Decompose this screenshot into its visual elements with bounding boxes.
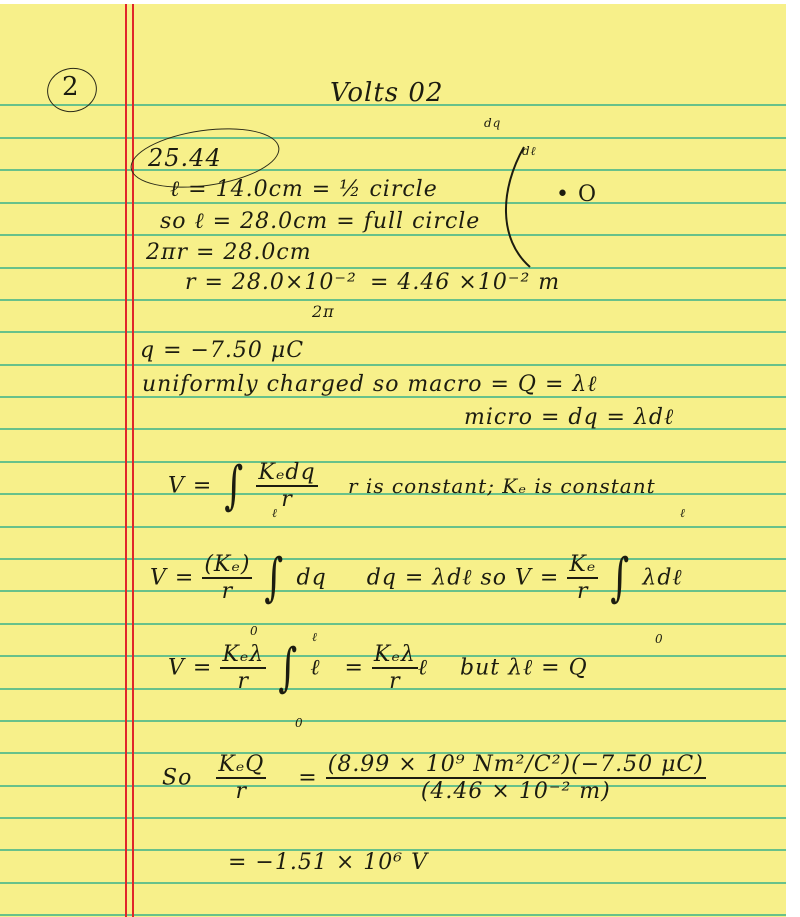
- diagram-label-dq: dq: [484, 116, 501, 130]
- eq4-rhs-frac: (8.99 × 10⁹ Nm²/C²)(−7.50 μC) (4.46 × 10…: [326, 752, 706, 805]
- rule-line: [0, 623, 786, 625]
- margin-line-right: [132, 4, 134, 917]
- equation-3: V = Kₑλ r ∫ ℓ = Kₑλ r ℓ but λℓ = Q: [168, 642, 588, 695]
- rule-line: [0, 364, 786, 366]
- equation-4: So KₑQ r = (8.99 × 10⁹ Nm²/C²)(−7.50 μC)…: [162, 752, 706, 805]
- rule-line: [0, 267, 786, 269]
- eq3-coef: Kₑλ r: [220, 642, 266, 695]
- eq3-res-num: Kₑλ: [372, 642, 418, 669]
- eq4-lhs: So: [162, 765, 192, 790]
- eq3-lhs: V =: [168, 655, 212, 680]
- charge-uniform: uniformly charged so macro = Q = λℓ: [142, 371, 597, 397]
- eq4-num: KₑQ: [216, 752, 266, 779]
- eq4-rhs-den: (4.46 × 10⁻² m): [326, 779, 706, 804]
- eq3-res-tail: ℓ: [418, 655, 428, 680]
- final-result: = −1.51 × 10⁶ V: [228, 850, 428, 875]
- eq3-eq: =: [344, 655, 363, 680]
- rule-line: [0, 331, 786, 333]
- given-line-4-lhs: r = 28.0×10⁻²: [185, 270, 357, 295]
- eq2-coef-den: r: [202, 579, 252, 604]
- given-line-1: ℓ = 14.0cm = ½ circle: [170, 176, 438, 202]
- eq2-lhs: V =: [150, 565, 194, 590]
- rule-line: [0, 234, 786, 236]
- rule-line: [0, 169, 786, 171]
- eq2-lower: 0: [250, 624, 259, 638]
- rule-line: [0, 526, 786, 528]
- rule-line: [0, 882, 786, 884]
- eq3-note: but λℓ = Q: [460, 655, 588, 680]
- eq2b-integrand: λdℓ: [642, 565, 682, 590]
- eq2b-lower: 0: [655, 632, 664, 646]
- eq4-lhs-frac: KₑQ r: [216, 752, 266, 805]
- legal-pad-page: 2 Volts 02 25.44 ℓ = 14.0cm = ½ circle s…: [0, 4, 786, 917]
- integral-sign-icon: ∫: [610, 552, 630, 604]
- given-line-4-den: 2π: [312, 302, 335, 321]
- integral-sign-icon: ∫: [265, 552, 285, 604]
- eq3-den: r: [220, 669, 266, 694]
- eq3-lower: 0: [295, 716, 304, 730]
- rule-line: [0, 202, 786, 204]
- eq3-res-den: r: [372, 669, 418, 694]
- eq1-num: Kₑdq: [256, 460, 317, 487]
- eq4-den: r: [216, 779, 266, 804]
- eq1-note: r is constant; Kₑ is constant: [348, 474, 656, 498]
- integral-sign-icon: ∫: [278, 642, 298, 694]
- eq2-coef: (Kₑ) r: [202, 552, 252, 605]
- given-line-4-rhs: = 4.46 ×10⁻² m: [370, 270, 560, 295]
- eq2-coef-num: (Kₑ): [202, 552, 252, 579]
- rule-line: [0, 137, 786, 139]
- equation-1: V = ∫ Kₑdq r: [168, 460, 318, 513]
- eq4-eq: =: [298, 765, 317, 790]
- eq2-upper: ℓ: [272, 506, 278, 521]
- eq1-fraction: Kₑdq r: [256, 460, 317, 513]
- problem-id: 25.44: [148, 144, 222, 172]
- integral-sign-icon: ∫: [225, 460, 245, 512]
- problem-number: 2: [62, 72, 80, 102]
- charge-micro: micro = dq = λdℓ: [464, 404, 674, 430]
- given-line-2: so ℓ = 28.0cm = full circle: [160, 208, 480, 234]
- eq3-integrand: ℓ: [310, 655, 320, 680]
- charge-q: q = −7.50 μC: [140, 338, 304, 363]
- rule-line: [0, 299, 786, 301]
- eq3-num: Kₑλ: [220, 642, 266, 669]
- eq2b-den: r: [567, 579, 598, 604]
- eq2-integrand: dq: [297, 565, 327, 590]
- eq3-upper: ℓ: [312, 630, 318, 645]
- margin-line-left: [125, 4, 127, 917]
- equation-2: V = (Kₑ) r ∫ dq dq = λdℓ so V = Kₑ r ∫ λ…: [150, 552, 683, 605]
- eq2b-coef: Kₑ r: [567, 552, 598, 605]
- rule-line: [0, 461, 786, 463]
- rule-line: [0, 817, 786, 819]
- diagram-point-o: • O: [556, 182, 597, 207]
- page-title: Volts 02: [330, 78, 444, 108]
- eq3-result: Kₑλ r: [372, 642, 418, 695]
- eq2b-upper: ℓ: [680, 506, 686, 521]
- given-line-3: 2πr = 28.0cm: [146, 240, 312, 265]
- diagram-label-dl: dℓ: [522, 144, 537, 159]
- eq1-lhs: V =: [168, 473, 212, 498]
- rule-line: [0, 914, 786, 916]
- rule-line: [0, 720, 786, 722]
- eq1-den: r: [256, 487, 317, 512]
- eq2b-num: Kₑ: [567, 552, 598, 579]
- eq4-rhs-num: (8.99 × 10⁹ Nm²/C²)(−7.50 μC): [326, 752, 706, 779]
- eq2-sub: dq = λdℓ so V =: [367, 565, 560, 590]
